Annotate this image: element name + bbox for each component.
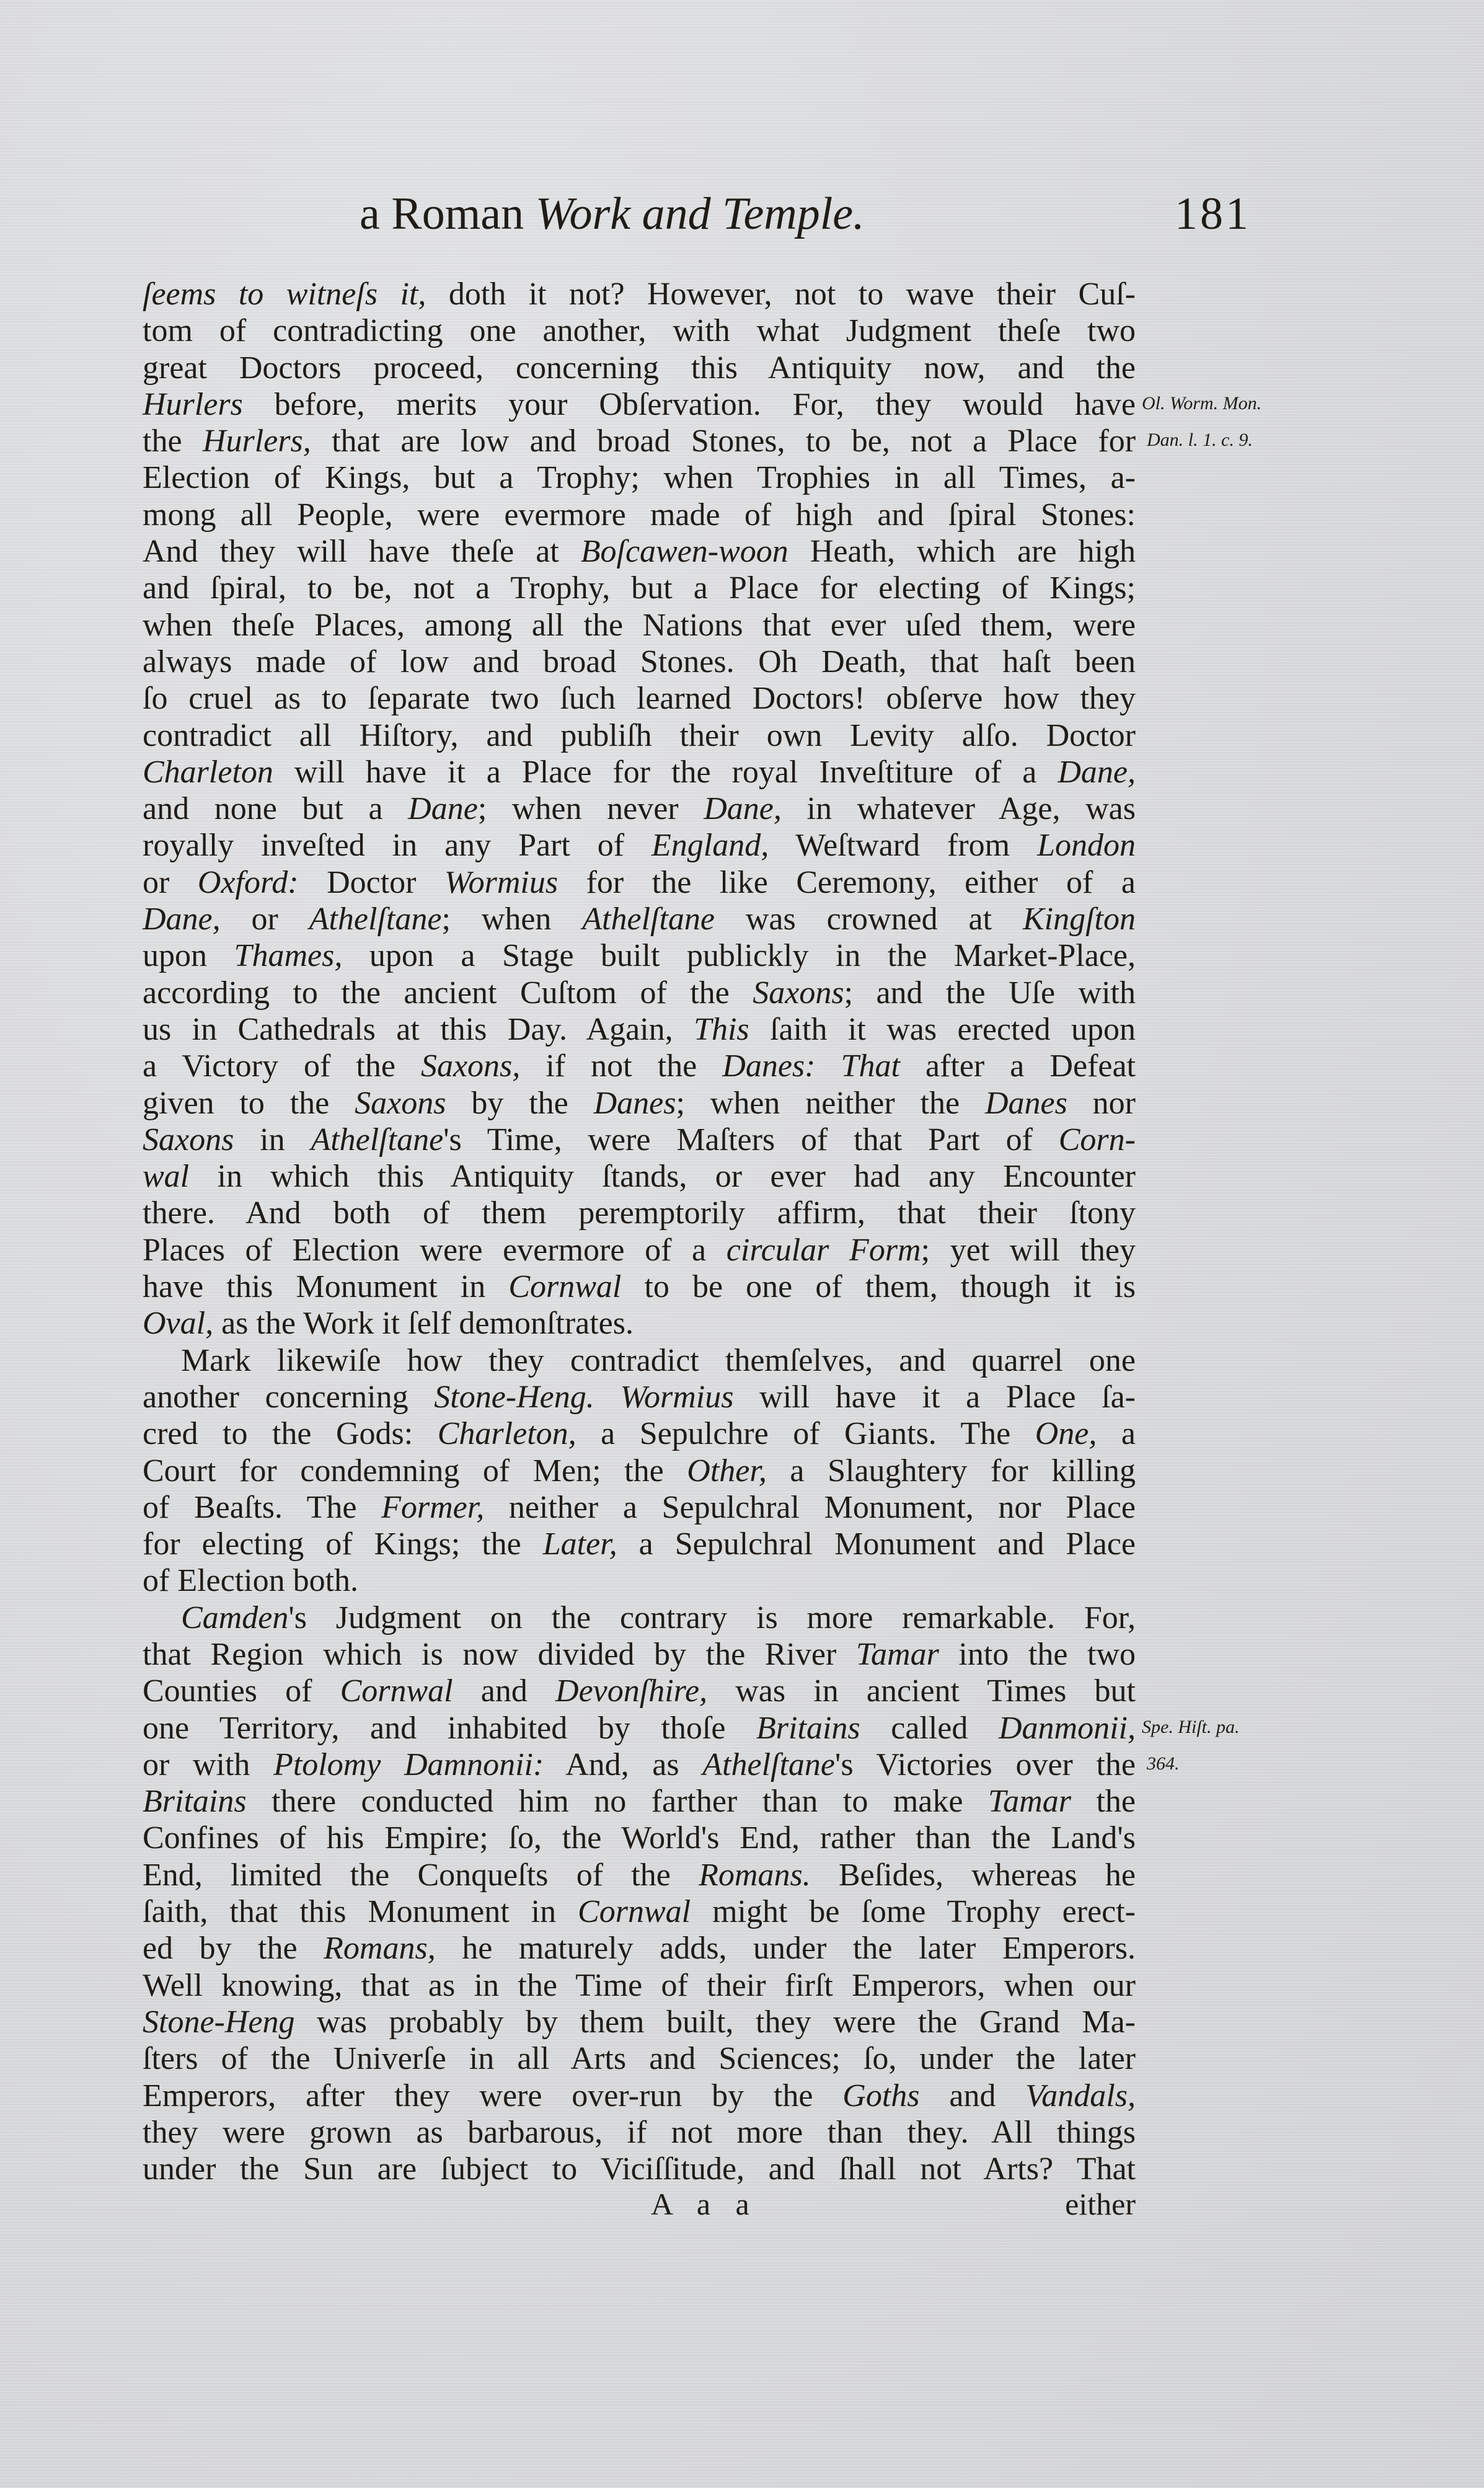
roman-text: a Slaughtery for killing (767, 1453, 1136, 1489)
roman-text: Election of Kings, but a Trophy; when Tr… (143, 460, 1136, 495)
roman-text: 's Time, were Maſters of that Part of (443, 1122, 1059, 1158)
roman-text: according to the ancient Cuſtom of the (143, 975, 753, 1011)
italic-text: This (694, 1012, 749, 1047)
roman-text: was probably by them built, they were th… (294, 2004, 1136, 2040)
italic-text: Later, (543, 1526, 617, 1562)
text-line: given to the Saxons by the Danes; when n… (143, 1085, 1136, 1122)
running-title: a Roman Work and Temple. (360, 180, 865, 248)
italic-text: Vandals, (1025, 2078, 1136, 2114)
roman-text: always made of low and broad Stones. Oh … (143, 644, 1136, 680)
body-text: ſeems to witneſs it, doth it not? Howeve… (143, 276, 1136, 2187)
roman-text: doth it not? However, not to wave their … (426, 277, 1136, 312)
text-line: and ſpiral, to be, not a Trophy, but a P… (143, 570, 1136, 606)
italic-text: Wormius (620, 1379, 733, 1415)
italic-text: Devonſhire, (555, 1673, 707, 1709)
roman-text: ; and the Uſe with (844, 975, 1136, 1011)
roman-text: a Sepulchral Monument and Place (617, 1526, 1136, 1562)
roman-text: Beſides, whereas he (811, 1857, 1136, 1893)
text-line: cred to the Gods: Charleton, a Sepulchre… (143, 1415, 1136, 1452)
roman-text: a Sepulchre of Giants. The (576, 1416, 1035, 1451)
roman-text: 's Victories over the (835, 1747, 1136, 1782)
roman-text: and (453, 1673, 555, 1709)
catchword: either (1065, 2185, 1136, 2223)
italic-text: Charleton, (438, 1416, 576, 1451)
roman-text: before, merits your Obſervation. For, th… (243, 387, 1136, 422)
roman-text: or with (143, 1747, 273, 1782)
text-line: when theſe Places, among all the Nations… (143, 607, 1136, 644)
roman-text: or (221, 901, 309, 937)
margin-note-line: 364. (1142, 1751, 1240, 1788)
roman-text: that Region which is now divided by the … (143, 1637, 856, 1672)
text-line: Saxons in Athelſtane's Time, were Maſter… (143, 1122, 1136, 1158)
roman-text: they were grown as barbarous, if not mor… (143, 2115, 1136, 2150)
roman-text: will have it a Place for the royal Inveſ… (273, 755, 1058, 790)
running-title-segment: Work and Temple. (536, 188, 865, 239)
text-line: always made of low and broad Stones. Oh … (143, 644, 1136, 680)
italic-text: Athelſtane (311, 1122, 443, 1158)
roman-text: was crowned at (715, 901, 1023, 937)
roman-text: as the Work it ſelf demonſtrates. (213, 1306, 634, 1341)
roman-text: ; yet will they (921, 1233, 1136, 1268)
margin-note: Ol. Worm. Mon.Dan. l. 1. c. 9. (1142, 391, 1261, 464)
roman-text: us in Cathedrals at this Day. Again, (143, 1012, 694, 1047)
roman-text (594, 1379, 621, 1415)
roman-text: another concerning (143, 1379, 434, 1415)
running-head: a Roman Work and Temple. 181 (347, 180, 1153, 248)
text-line: a Victory of the Saxons, if not the Dane… (143, 1048, 1136, 1084)
roman-text: Places of Election were evermore of a (143, 1233, 727, 1268)
italic-text: Athelſtane (582, 901, 715, 937)
text-line: Hurlers before, merits your Obſervation.… (143, 386, 1136, 423)
text-line: Oval, as the Work it ſelf demonſtrates. (143, 1305, 1136, 1342)
page-footer: A a a either (143, 2185, 1136, 2223)
italic-text: London (1037, 828, 1136, 863)
text-line: there. And both of them peremptorily aff… (143, 1195, 1136, 1231)
roman-text: royally inveſted in any Part of (143, 828, 651, 863)
text-line: And they will have theſe at Boſcawen-woo… (143, 533, 1136, 570)
running-title-segment: a Roman (360, 188, 536, 239)
roman-text: ; when never (478, 791, 704, 826)
margin-note-line: Ol. Worm. Mon. (1142, 391, 1261, 428)
italic-text: Danes (594, 1086, 676, 1121)
text-line: Charleton will have it a Place for the r… (143, 754, 1136, 790)
italic-text: Britains (143, 1784, 247, 1819)
roman-text: into the two (939, 1637, 1136, 1672)
italic-text: Goths (842, 2078, 919, 2114)
text-line: they were grown as barbarous, if not mor… (143, 2114, 1136, 2151)
roman-text: ; when (441, 901, 582, 937)
italic-text: Danes (985, 1086, 1067, 1121)
italic-text: Other, (687, 1453, 767, 1489)
signature-mark: A a a (651, 2185, 758, 2223)
italic-text: circular Form (727, 1233, 921, 1268)
roman-text: was in ancient Times but (707, 1673, 1136, 1709)
italic-text: Stone-Heng (143, 2004, 294, 2040)
roman-text: given to the (143, 1086, 355, 1121)
roman-text: tom of contradicting one another, with w… (143, 313, 1136, 348)
text-line: mong all People, were evermore made of h… (143, 497, 1136, 533)
roman-text: and ſpiral, to be, not a Trophy, but a P… (143, 570, 1136, 606)
text-line: Counties of Cornwal and Devonſhire, was … (143, 1673, 1136, 1709)
roman-text: Counties of (143, 1673, 340, 1709)
roman-text: have this Monument in (143, 1269, 508, 1304)
text-line: have this Monument in Cornwal to be one … (143, 1268, 1136, 1305)
italic-text: Camden (181, 1600, 288, 1636)
roman-text: And, as (544, 1747, 702, 1782)
text-line: under the Sun are ſubject to Viciſſitude… (143, 2151, 1136, 2187)
italic-text: Kingſton (1023, 901, 1136, 937)
roman-text: Confines of his Empire; ſo, the World's … (143, 1820, 1136, 1856)
roman-text: and none but a (143, 791, 408, 826)
text-line: Well knowing, that as in the Time of the… (143, 1967, 1136, 2004)
roman-text: End, limited the Conqueſts of the (143, 1857, 699, 1893)
text-line: ſaith, that this Monument in Cornwal mig… (143, 1893, 1136, 1930)
margin-note-line: Dan. l. 1. c. 9. (1142, 428, 1261, 464)
italic-text: Cornwal (578, 1894, 691, 1929)
text-line: or with Ptolomy Damnonii: And, as Athelſ… (143, 1746, 1136, 1783)
text-line: ſters of the Univerſe in all Arts and Sc… (143, 2040, 1136, 2077)
roman-text: by the (446, 1086, 593, 1121)
italic-text: ſeems to witneſs it, (143, 277, 426, 312)
italic-text: Corn- (1059, 1122, 1136, 1158)
roman-text: And they will have theſe at (143, 534, 581, 569)
roman-text: if not the (520, 1048, 722, 1084)
roman-text: the (1071, 1784, 1136, 1819)
roman-text: to be one of them, though it is (621, 1269, 1136, 1304)
roman-text: Heath, which are high (788, 534, 1136, 569)
italic-text: Dane, (143, 901, 221, 937)
roman-text: Doctor (299, 865, 444, 900)
page-number: 181 (1175, 180, 1251, 248)
text-line: the Hurlers, that are low and broad Ston… (143, 423, 1136, 459)
italic-text: Romans, (324, 1931, 436, 1966)
italic-text: Athelſtane (309, 901, 442, 937)
roman-text: ſters of the Univerſe in all Arts and Sc… (143, 2041, 1136, 2076)
italic-text: Saxons (753, 975, 844, 1011)
text-line: Places of Election were evermore of a ci… (143, 1232, 1136, 1268)
italic-text: Cornwal (508, 1269, 621, 1304)
roman-text: under the Sun are ſubject to Viciſſitude… (143, 2151, 1136, 2187)
text-line: End, limited the Conqueſts of the Romans… (143, 1857, 1136, 1893)
roman-text: Emperors, after they were over-run by th… (143, 2078, 842, 2114)
roman-text: in (234, 1122, 311, 1158)
text-line: tom of contradicting one another, with w… (143, 312, 1136, 349)
roman-text: Well knowing, that as in the Time of the… (143, 1968, 1136, 2003)
roman-text: a Victory of the (143, 1048, 421, 1084)
italic-text: Cornwal (340, 1673, 453, 1709)
roman-text: the (143, 423, 203, 459)
italic-text: wal (143, 1159, 189, 1194)
roman-text: Mark likewiſe how they contradict themſe… (181, 1343, 1136, 1378)
italic-text: Boſcawen-woon (581, 534, 788, 569)
italic-text: Oval, (143, 1306, 213, 1341)
margin-note-line: Spe. Hiſt. pa. (1142, 1715, 1240, 1751)
italic-text: Wormius (444, 865, 558, 900)
roman-text: upon a Stage built publickly in the Mark… (342, 938, 1136, 973)
roman-text: 's Judgment on the contrary is more rema… (288, 1600, 1136, 1636)
roman-text: ; when neither the (676, 1086, 984, 1121)
text-line: Mark likewiſe how they contradict themſe… (143, 1342, 1136, 1379)
roman-text: ſo cruel as to ſeparate two ſuch learned… (143, 681, 1136, 716)
text-line: ſo cruel as to ſeparate two ſuch learned… (143, 680, 1136, 717)
roman-text: ed by the (143, 1931, 324, 1966)
roman-text: contradict all Hiſtory, and publiſh thei… (143, 718, 1136, 753)
roman-text: that are low and broad Stones, to be, no… (311, 423, 1136, 459)
italic-text: Thames, (234, 938, 343, 973)
italic-text: Danmonii, (999, 1711, 1136, 1746)
roman-text: upon (143, 938, 234, 973)
italic-text: Charleton (143, 755, 273, 790)
italic-text: Saxons (355, 1086, 446, 1121)
roman-text: nor (1067, 1086, 1136, 1121)
roman-text: for the like Ceremony, either of a (558, 865, 1136, 900)
text-line: great Doctors proceed, concerning this A… (143, 350, 1136, 386)
text-line: us in Cathedrals at this Day. Again, Thi… (143, 1011, 1136, 1048)
roman-text: might be ſome Trophy erect- (691, 1894, 1136, 1929)
text-line: one Territory, and inhabited by thoſe Br… (143, 1710, 1136, 1746)
italic-text: Ptolomy Damnonii: (273, 1747, 544, 1782)
italic-text: Romans. (699, 1857, 811, 1893)
italic-text: Hurlers (143, 387, 243, 422)
text-line: or Oxford: Doctor Wormius for the like C… (143, 864, 1136, 901)
roman-text: one Territory, and inhabited by thoſe (143, 1711, 756, 1746)
italic-text: Hurlers, (203, 423, 311, 459)
italic-text: Tamar (856, 1637, 939, 1672)
book-page: a Roman Work and Temple. 181 ſeems to wi… (0, 0, 1484, 2488)
text-line: and none but a Dane; when never Dane, in… (143, 790, 1136, 827)
italic-text: Dane, (1058, 755, 1136, 790)
roman-text: for electing of Kings; the (143, 1526, 543, 1562)
italic-text: Dane, (704, 791, 782, 826)
italic-text: Former, (381, 1490, 484, 1525)
text-line: of Beaſts. The Former, neither a Sepulch… (143, 1489, 1136, 1526)
roman-text: when theſe Places, among all the Nations… (143, 608, 1136, 643)
roman-text: there. And both of them peremptorily aff… (143, 1195, 1136, 1231)
text-line: Confines of his Empire; ſo, the World's … (143, 1820, 1136, 1856)
roman-text: great Doctors proceed, concerning this A… (143, 350, 1136, 386)
roman-text: ſaith it was erected upon (749, 1012, 1136, 1047)
italic-text: One, (1035, 1416, 1097, 1451)
margin-note: Spe. Hiſt. pa.364. (1142, 1715, 1240, 1788)
text-line: another concerning Stone-Heng. Wormius w… (143, 1379, 1136, 1415)
roman-text: cred to the Gods: (143, 1416, 438, 1451)
roman-text: neither a Sepulchral Monument, nor Place (484, 1490, 1136, 1525)
roman-text: in which this Antiquity ſtands, or ever … (189, 1159, 1136, 1194)
roman-text: will have it a Place ſa- (733, 1379, 1136, 1415)
text-line: Court for condemning of Men; the Other, … (143, 1453, 1136, 1489)
italic-text: Oxford: (198, 865, 299, 900)
roman-text: and (920, 2078, 1026, 2114)
roman-text: ſaith, that this Monument in (143, 1894, 578, 1929)
roman-text: there conducted him no farther than to m… (247, 1784, 988, 1819)
roman-text: Court for condemning of Men; the (143, 1453, 687, 1489)
roman-text: mong all People, were evermore made of h… (143, 497, 1136, 533)
italic-text: England, (651, 828, 769, 863)
text-line: for electing of Kings; the Later, a Sepu… (143, 1526, 1136, 1562)
italic-text: Saxons, (421, 1048, 520, 1084)
text-line: Stone-Heng was probably by them built, t… (143, 2004, 1136, 2040)
italic-text: Stone-Heng. (434, 1379, 594, 1415)
text-line: Election of Kings, but a Trophy; when Tr… (143, 459, 1136, 496)
roman-text: of Beaſts. The (143, 1490, 381, 1525)
text-line: according to the ancient Cuſtom of the S… (143, 975, 1136, 1011)
italic-text: Athelſtane (702, 1747, 835, 1782)
roman-text: in whatever Age, was (782, 791, 1136, 826)
roman-text: Weſtward from (769, 828, 1037, 863)
text-line: Camden's Judgment on the contrary is mor… (143, 1600, 1136, 1636)
roman-text: he maturely adds, under the later Empero… (436, 1931, 1136, 1966)
italic-text: Danes: That (722, 1048, 900, 1084)
roman-text: or (143, 865, 198, 900)
text-line: upon Thames, upon a Stage built publickl… (143, 937, 1136, 974)
text-line: contradict all Hiſtory, and publiſh thei… (143, 717, 1136, 754)
text-line: wal in which this Antiquity ſtands, or e… (143, 1158, 1136, 1195)
text-line: Britains there conducted him no farther … (143, 1783, 1136, 1820)
text-line: ed by the Romans, he maturely adds, unde… (143, 1930, 1136, 1967)
text-line: Dane, or Athelſtane; when Athelſtane was… (143, 901, 1136, 937)
italic-text: Britains (756, 1711, 860, 1746)
text-line: of Election both. (143, 1562, 1136, 1599)
text-line: ſeems to witneſs it, doth it not? Howeve… (143, 276, 1136, 312)
roman-text: called (860, 1711, 999, 1746)
italic-text: Tamar (988, 1784, 1071, 1819)
italic-text: Dane (408, 791, 478, 826)
roman-text: after a Defeat (900, 1048, 1136, 1084)
text-line: royally inveſted in any Part of England,… (143, 827, 1136, 864)
text-line: Emperors, after they were over-run by th… (143, 2078, 1136, 2114)
text-line: that Region which is now divided by the … (143, 1636, 1136, 1673)
roman-text: a (1097, 1416, 1136, 1451)
italic-text: Saxons (143, 1122, 234, 1158)
roman-text: of Election both. (143, 1563, 358, 1598)
